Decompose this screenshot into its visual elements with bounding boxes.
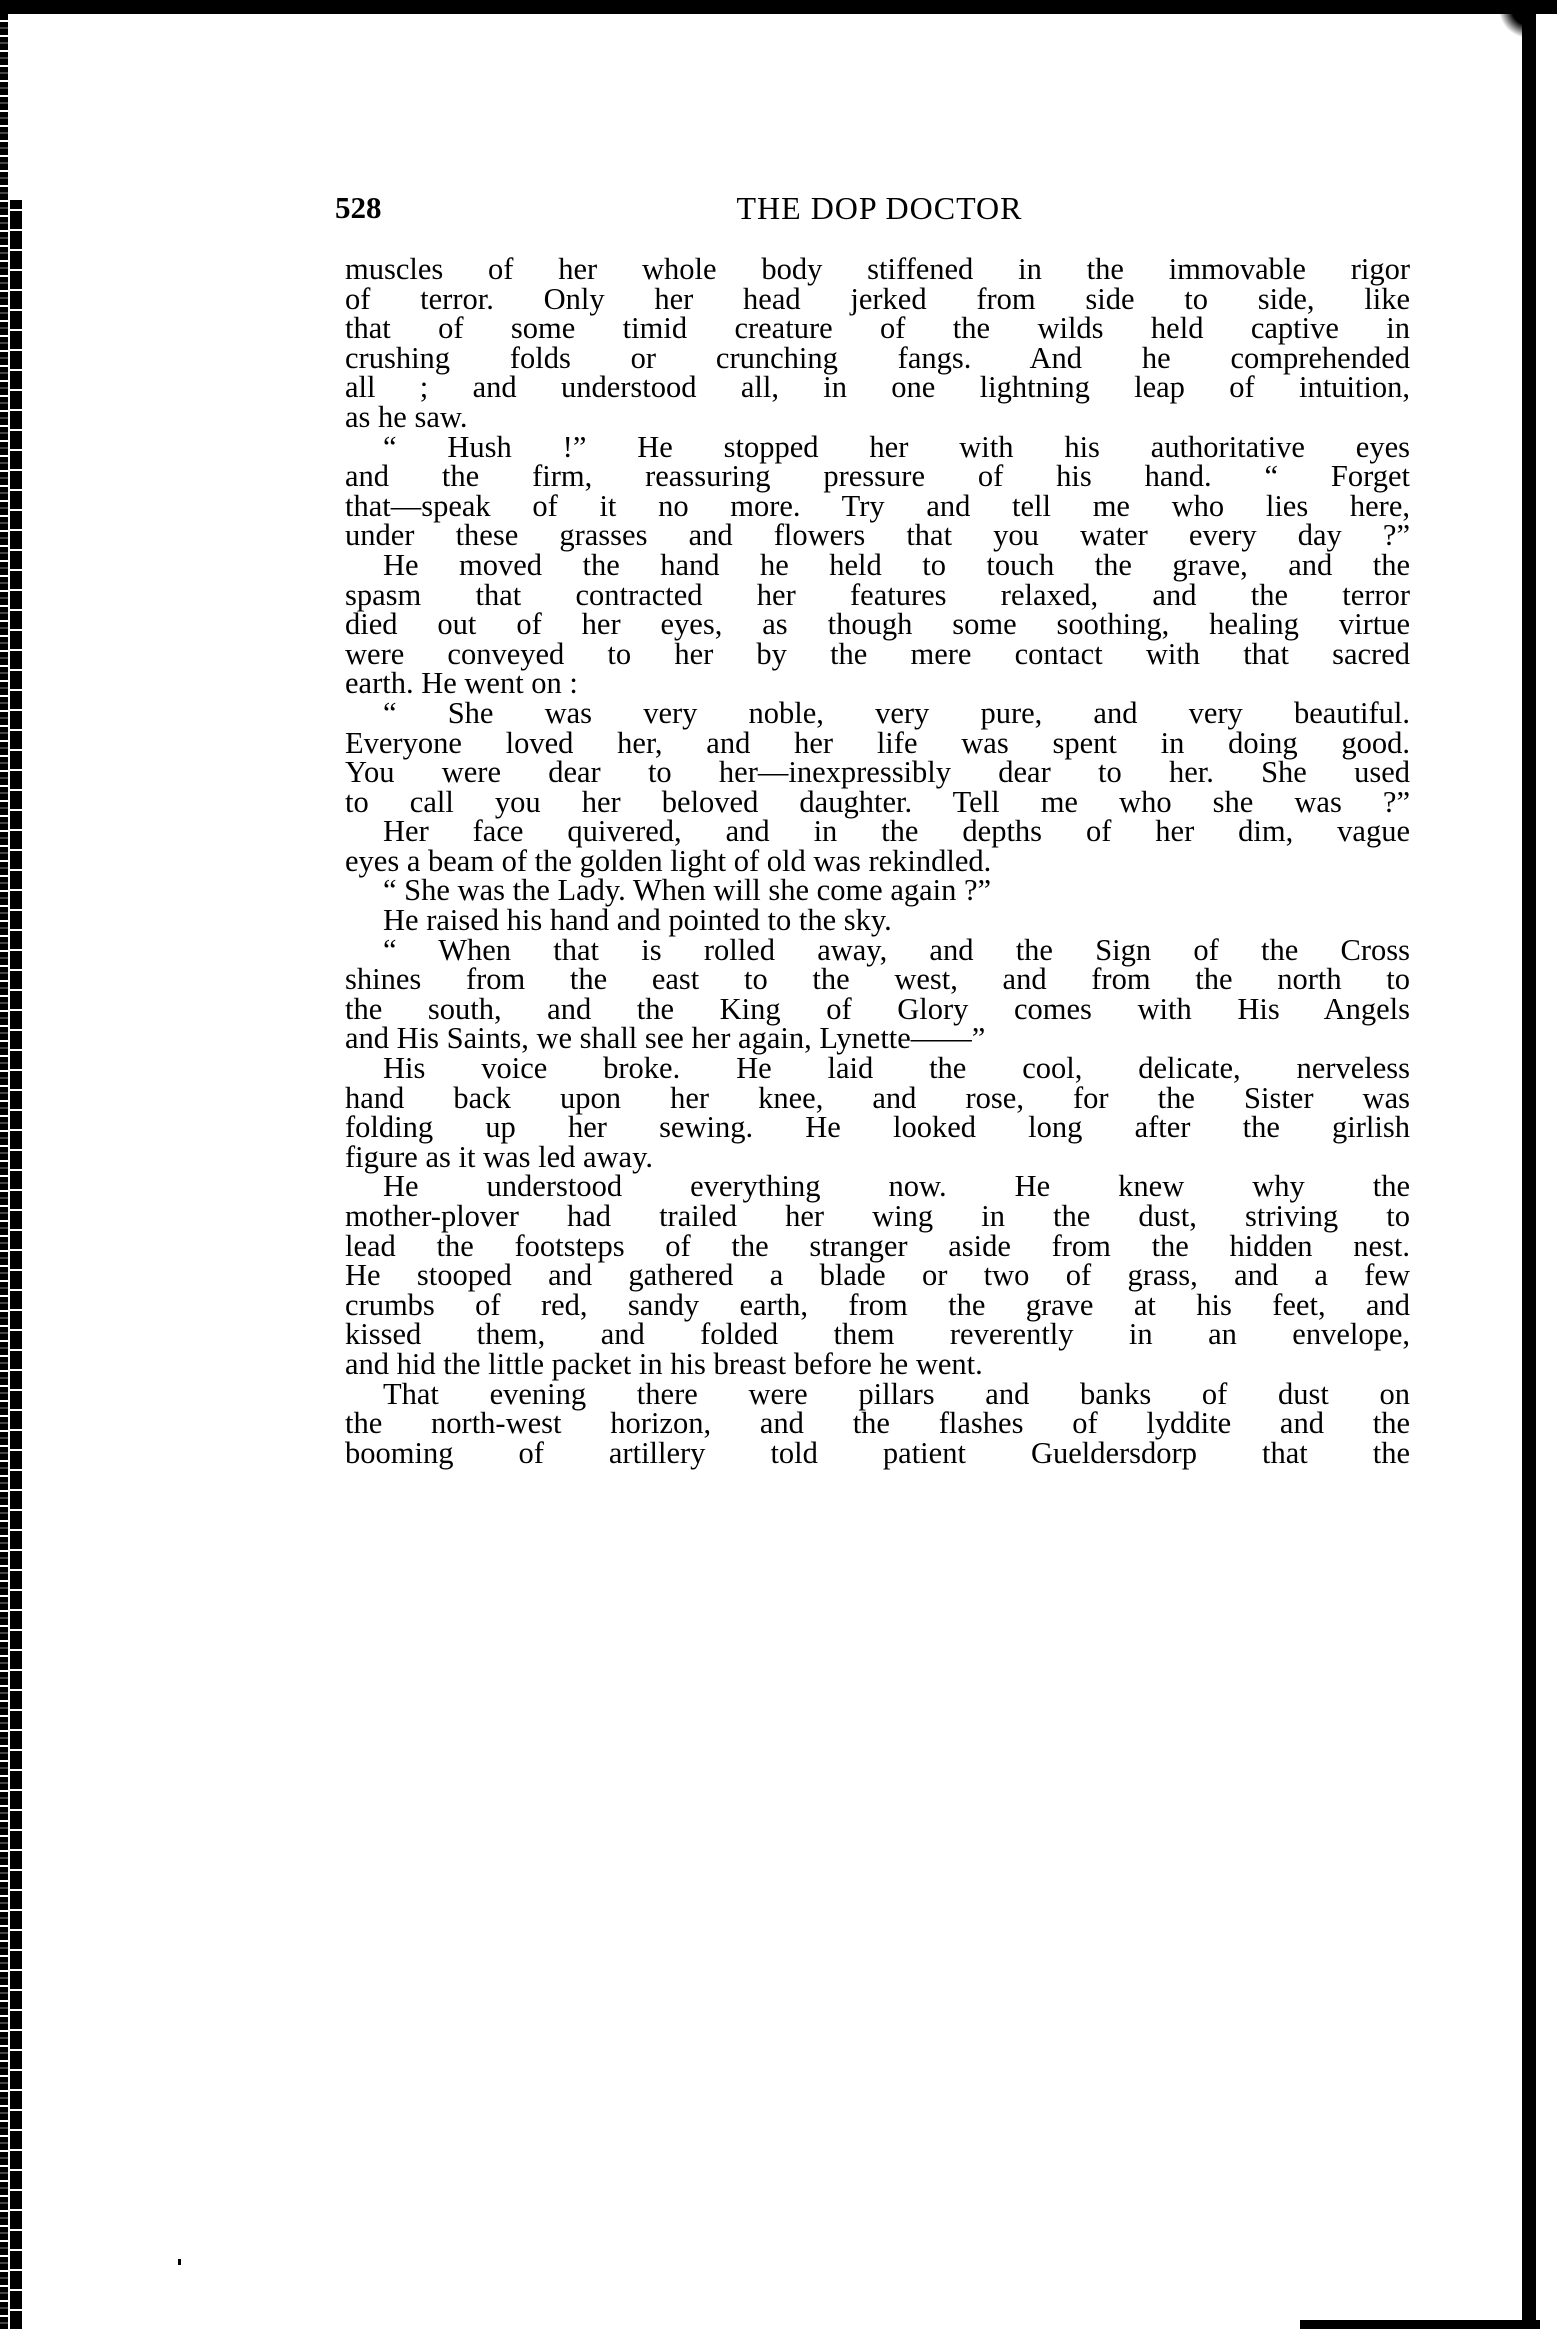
text-line: “ Hush !” He stopped her with his author… — [345, 433, 1410, 463]
text-line: as he saw. — [345, 403, 1410, 433]
body-text: muscles of her whole body stiffened in t… — [345, 255, 1410, 1468]
scan-border-right — [1522, 0, 1536, 2320]
text-line: “ When that is rolled away, and the Sign… — [345, 936, 1410, 966]
text-line: and the firm, reassuring pressure of his… — [345, 462, 1410, 492]
text-line: of terror. Only her head jerked from sid… — [345, 285, 1410, 315]
text-line: His voice broke. He laid the cool, delic… — [345, 1054, 1410, 1084]
text-line: You were dear to her—inexpressibly dear … — [345, 758, 1410, 788]
text-line: and His Saints, we shall see her again, … — [345, 1024, 1410, 1054]
text-line: He understood everything now. He knew wh… — [345, 1172, 1410, 1202]
scan-border-left — [0, 14, 8, 2329]
scan-border-bottom — [1300, 2320, 1540, 2329]
text-line: muscles of her whole body stiffened in t… — [345, 255, 1410, 285]
text-line: kissed them, and folded them reverently … — [345, 1320, 1410, 1350]
text-line: crumbs of red, sandy earth, from the gra… — [345, 1291, 1410, 1321]
text-line: Everyone loved her, and her life was spe… — [345, 729, 1410, 759]
text-line: “ She was very noble, very pure, and ver… — [345, 699, 1410, 729]
running-title: THE DOP DOCTOR — [335, 190, 1410, 227]
text-line: that—speak of it no more. Try and tell m… — [345, 492, 1410, 522]
scan-border-top — [0, 0, 1557, 14]
text-line: He raised his hand and pointed to the sk… — [345, 906, 1410, 936]
scan-speck — [178, 2259, 181, 2265]
text-line: He stooped and gathered a blade or two o… — [345, 1261, 1410, 1291]
text-line: Her face quivered, and in the depths of … — [345, 817, 1410, 847]
scan-border-right-corner — [1500, 0, 1536, 40]
text-line: crushing folds or crunching fangs. And h… — [345, 344, 1410, 374]
text-line: the north-west horizon, and the flashes … — [345, 1409, 1410, 1439]
text-line: all ; and understood all, in one lightni… — [345, 373, 1410, 403]
text-line: and hid the little packet in his breast … — [345, 1350, 1410, 1380]
text-line: mother-plover had trailed her wing in th… — [345, 1202, 1410, 1232]
text-line: “ She was the Lady. When will she come a… — [345, 876, 1410, 906]
text-line: under these grasses and flowers that you… — [345, 521, 1410, 551]
text-line: that of some timid creature of the wilds… — [345, 314, 1410, 344]
text-line: earth. He went on : — [345, 669, 1410, 699]
text-line: spasm that contracted her features relax… — [345, 581, 1410, 611]
text-line: shines from the east to the west, and fr… — [345, 965, 1410, 995]
text-line: booming of artillery told patient Guelde… — [345, 1439, 1410, 1469]
text-line: folding up her sewing. He looked long af… — [345, 1113, 1410, 1143]
text-line: were conveyed to her by the mere contact… — [345, 640, 1410, 670]
text-line: to call you her beloved daughter. Tell m… — [345, 788, 1410, 818]
text-line: died out of her eyes, as though some soo… — [345, 610, 1410, 640]
page-header: 528 THE DOP DOCTOR — [335, 190, 1410, 230]
text-line: lead the footsteps of the stranger aside… — [345, 1232, 1410, 1262]
text-line: figure as it was led away. — [345, 1143, 1410, 1173]
text-line: the south, and the King of Glory comes w… — [345, 995, 1410, 1025]
text-line: That evening there were pillars and bank… — [345, 1380, 1410, 1410]
text-line: hand back upon her knee, and rose, for t… — [345, 1084, 1410, 1114]
text-line: eyes a beam of the golden light of old w… — [345, 847, 1410, 877]
text-line: He moved the hand he held to touch the g… — [345, 551, 1410, 581]
scan-border-left-inner — [10, 200, 22, 2329]
